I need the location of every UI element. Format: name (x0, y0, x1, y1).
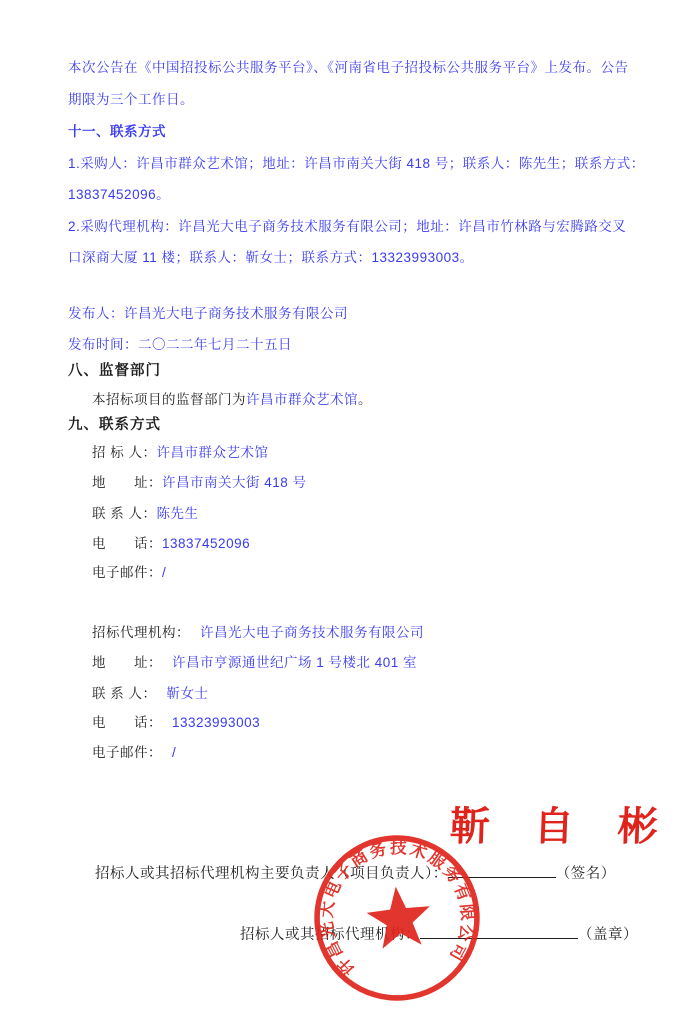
tenderer-contact-row: 联 系 人：陈先生 (68, 506, 625, 522)
supervision-line: 本招标项目的监督部门为许昌市群众艺术馆。 (68, 392, 625, 408)
purchaser-phone-line: 13837452096。 (68, 187, 625, 203)
company-seal-stamp: 许昌光大电子商务技术服务有限公司 (302, 823, 491, 1012)
tenderer-contact-label: 联 系 人： (92, 506, 157, 521)
agent-address-row: 地 址：许昌市亨源通世纪广场 1 号楼北 401 室 (68, 655, 625, 671)
tenderer-phone-label: 电 话： (92, 536, 162, 551)
agent-address-value: 许昌市亨源通世纪广场 1 号楼北 401 室 (172, 655, 417, 670)
publish-date-line: 发布时间：二〇二二年七月二十五日 (68, 337, 625, 353)
tenderer-email-row: 电子邮件：/ (68, 565, 625, 581)
tenderer-contact-value: 陈先生 (157, 506, 199, 521)
agent-address-label: 地 址： (92, 655, 162, 670)
purchaser-line: 1.采购人：许昌市群众艺术馆；地址：许昌市南关大街 418 号；联系人：陈先生；… (68, 156, 625, 172)
sign-line2-suffix: （盖章） (578, 927, 638, 943)
notice-line-2: 期限为三个工作日。 (68, 92, 625, 108)
supervision-prefix: 本招标项目的监督部门为 (92, 392, 246, 407)
supervision-org: 许昌市群众艺术馆 (246, 392, 358, 407)
agent-phone-value: 13323993003 (172, 715, 260, 730)
agent-email-row: 电子邮件：/ (68, 745, 625, 761)
agency-info-line: 2.采购代理机构：许昌光大电子商务技术服务有限公司；地址：许昌市竹林路与宏腾路交… (68, 219, 625, 235)
sign-line1-suffix: （签名） (556, 866, 616, 882)
tenderer-email-label: 电子邮件： (92, 565, 162, 580)
tenderer-address-label: 地 址： (92, 475, 162, 490)
tenderer-phone-row: 电 话：13837452096 (68, 536, 625, 552)
handwritten-signature: 靳 自 彬 (449, 795, 674, 852)
tenderer-address-value: 许昌市南关大街 418 号 (162, 475, 307, 490)
heading-eleven: 十一、联系方式 (68, 124, 625, 140)
heading-eight: 八、监督部门 (68, 363, 625, 379)
seal-star-icon (364, 883, 434, 950)
agent-phone-row: 电 话：13323993003 (68, 715, 625, 731)
supervision-suffix: 。 (358, 392, 372, 407)
tenderer-phone-value: 13837452096 (162, 536, 250, 551)
agent-name-value: 许昌光大电子商务技术服务有限公司 (200, 625, 424, 640)
notice-line-1: 本次公告在《中国招投标公共服务平台》、《河南省电子招投标公共服务平台》上发布。公… (68, 60, 625, 76)
tenderer-email-value: / (162, 565, 166, 580)
agent-contact-value: 靳女士 (167, 686, 209, 701)
agent-phone-label: 电 话： (92, 715, 162, 730)
document-page: 本次公告在《中国招投标公共服务平台》、《河南省电子招投标公共服务平台》上发布。公… (0, 0, 683, 1018)
agent-name-label: 招标代理机构： (92, 625, 190, 640)
tenderer-name-row: 招 标 人：许昌市群众艺术馆 (68, 445, 625, 461)
agency-info-line-2: 口深商大厦 11 楼；联系人：靳女士；联系方式：13323993003。 (68, 250, 625, 266)
publisher-line: 发布人：许昌光大电子商务技术服务有限公司 (68, 306, 625, 322)
agent-email-label: 电子邮件： (92, 745, 162, 760)
agent-name-row: 招标代理机构：许昌光大电子商务技术服务有限公司 (68, 625, 625, 641)
tenderer-name-value: 许昌市群众艺术馆 (157, 445, 269, 460)
tenderer-address-row: 地 址：许昌市南关大街 418 号 (68, 475, 625, 491)
tenderer-name-label: 招 标 人： (92, 445, 157, 460)
agent-email-value: / (172, 745, 176, 760)
agent-contact-label: 联 系 人： (92, 686, 157, 701)
agent-contact-row: 联 系 人：靳女士 (68, 686, 625, 702)
heading-nine: 九、联系方式 (68, 417, 625, 433)
